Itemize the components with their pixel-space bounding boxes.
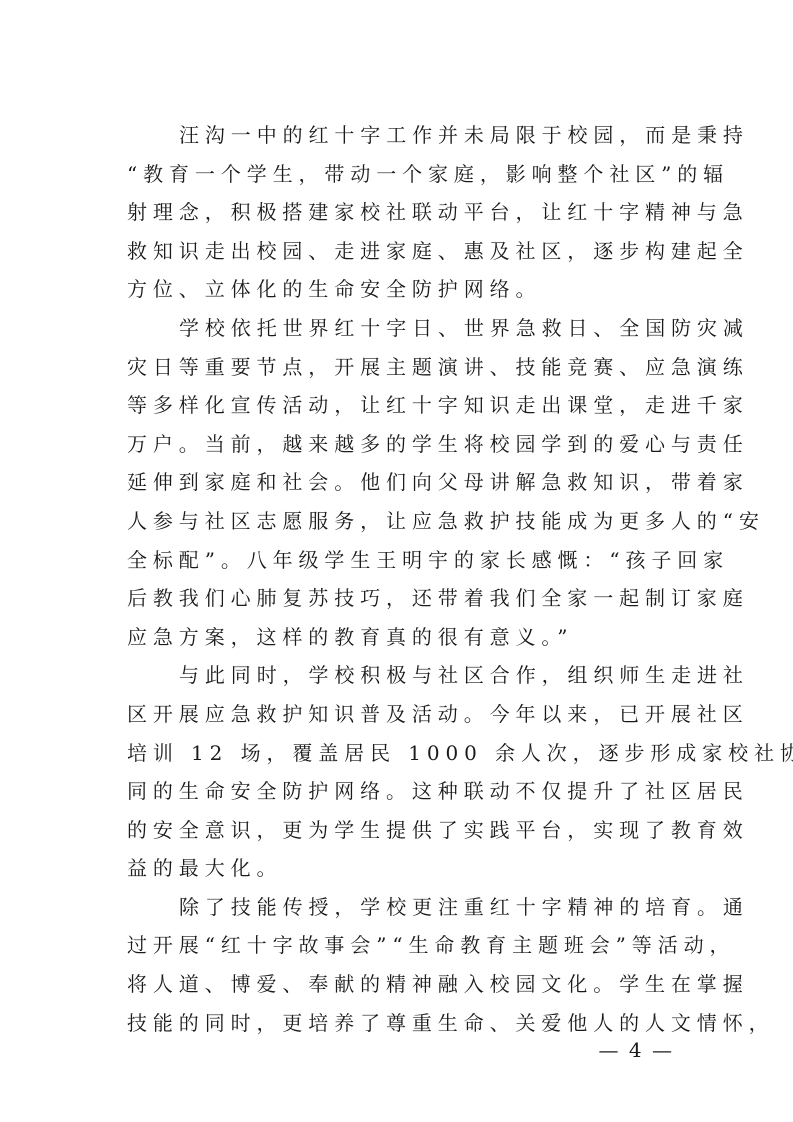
text-line: 的安全意识，更为学生提供了实践平台，实现了教育效 [127,811,687,850]
text-line: 射理念，积极搭建家校社联动平台，让红十字精神与急 [127,193,687,232]
text-line: 过开展“红十字故事会”“生命教育主题班会”等活动， [127,926,687,965]
paragraph-3: 与此同时，学校积极与社区合作，组织师生走进社 区开展应急救护知识普及活动。今年以… [127,656,687,888]
page-number: — 4 — [560,1038,674,1062]
paragraph-1: 汪沟一中的红十字工作并未局限于校园，而是秉持 “教育一个学生，带动一个家庭，影响… [127,116,687,309]
text-line: 全标配”。八年级学生王明宇的家长感慨：“孩子回家 [127,541,687,580]
text-line: 益的最大化。 [127,849,687,888]
text-line: 后教我们心肺复苏技巧，还带着我们全家一起制订家庭 [127,579,687,618]
text-line: 区开展应急救护知识普及活动。今年以来，已开展社区 [127,695,687,734]
text-line: 学校依托世界红十字日、世界急救日、全国防灾减 [127,309,687,348]
text-line: 培训 12 场，覆盖居民 1000 余人次，逐步形成家校社协 [127,734,687,773]
paragraph-2: 学校依托世界红十字日、世界急救日、全国防灾减 灾日等重要节点，开展主题演讲、技能… [127,309,687,656]
text-line: “教育一个学生，带动一个家庭，影响整个社区”的辐 [127,155,687,194]
body-text: 汪沟一中的红十字工作并未局限于校园，而是秉持 “教育一个学生，带动一个家庭，影响… [127,116,687,1042]
text-line: 汪沟一中的红十字工作并未局限于校园，而是秉持 [127,116,687,155]
paragraph-4: 除了技能传授，学校更注重红十字精神的培育。通 过开展“红十字故事会”“生命教育主… [127,888,687,1042]
text-line: 将人道、博爱、奉献的精神融入校园文化。学生在掌握 [127,965,687,1004]
text-line: 万户。当前，越来越多的学生将校园学到的爱心与责任 [127,425,687,464]
text-line: 等多样化宣传活动，让红十字知识走出课堂，走进千家 [127,386,687,425]
text-line: 人参与社区志愿服务，让应急救护技能成为更多人的“安 [127,502,687,541]
document-page: 汪沟一中的红十字工作并未局限于校园，而是秉持 “教育一个学生，带动一个家庭，影响… [0,0,793,1122]
text-line: 同的生命安全防护网络。这种联动不仅提升了社区居民 [127,772,687,811]
text-line: 灾日等重要节点，开展主题演讲、技能竞赛、应急演练 [127,348,687,387]
text-line: 除了技能传授，学校更注重红十字精神的培育。通 [127,888,687,927]
text-line: 延伸到家庭和社会。他们向父母讲解急救知识，带着家 [127,463,687,502]
text-line: 救知识走出校园、走进家庭、惠及社区，逐步构建起全 [127,232,687,271]
text-line: 技能的同时，更培养了尊重生命、关爱他人的人文情怀， [127,1004,687,1043]
text-line: 应急方案，这样的教育真的很有意义。” [127,618,687,657]
text-line: 方位、立体化的生命安全防护网络。 [127,270,687,309]
text-line: 与此同时，学校积极与社区合作，组织师生走进社 [127,656,687,695]
